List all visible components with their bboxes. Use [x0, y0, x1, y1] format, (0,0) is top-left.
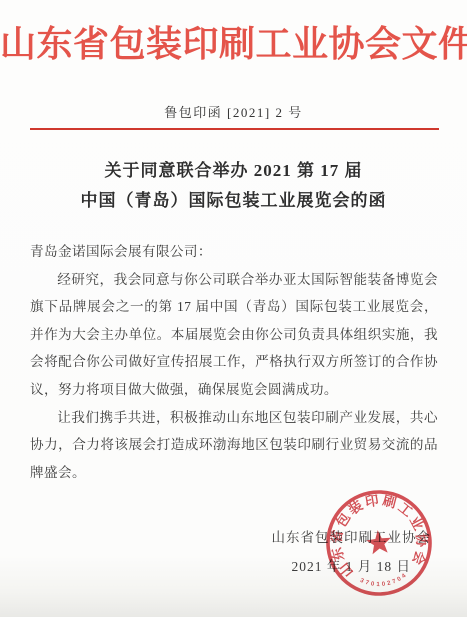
document-header-title: 山东省包装印刷工业协会文件	[0, 16, 467, 67]
document-page: 山东省包装印刷工业协会文件 鲁包印函 [2021] 2 号 关于同意联合举办 2…	[0, 0, 467, 617]
document-body: 青岛金诺国际会展有限公司： 经研究，我会同意与你公司联合举办亚太国际智能装备博览…	[30, 238, 438, 486]
salutation-line: 青岛金诺国际会展有限公司：	[30, 238, 438, 266]
body-paragraph-2: 让我们携手共进，积极推动山东地区包装印刷产业发展，共心协力，合力将该展会打造成环…	[30, 404, 438, 487]
document-number: 鲁包印函 [2021] 2 号	[0, 102, 467, 121]
signature-organization: 山东省包装印刷工业协会	[272, 524, 432, 553]
body-paragraph-1: 经研究，我会同意与你公司联合举办亚太国际智能装备博览会旗下品牌展会之一的第 17…	[30, 266, 438, 404]
document-title-line1: 关于同意联合举办 2021 第 17 届	[0, 156, 467, 186]
signature-date: 2021 年 1 月 18 日	[291, 553, 411, 582]
header-divider-line	[30, 128, 439, 130]
document-title: 关于同意联合举办 2021 第 17 届 中国（青岛）国际包装工业展览会的函	[0, 156, 467, 216]
document-title-line2: 中国（青岛）国际包装工业展览会的函	[0, 186, 467, 216]
signature-block: 山东省包装印刷工业协会 2021 年 1 月 18 日	[272, 524, 432, 581]
